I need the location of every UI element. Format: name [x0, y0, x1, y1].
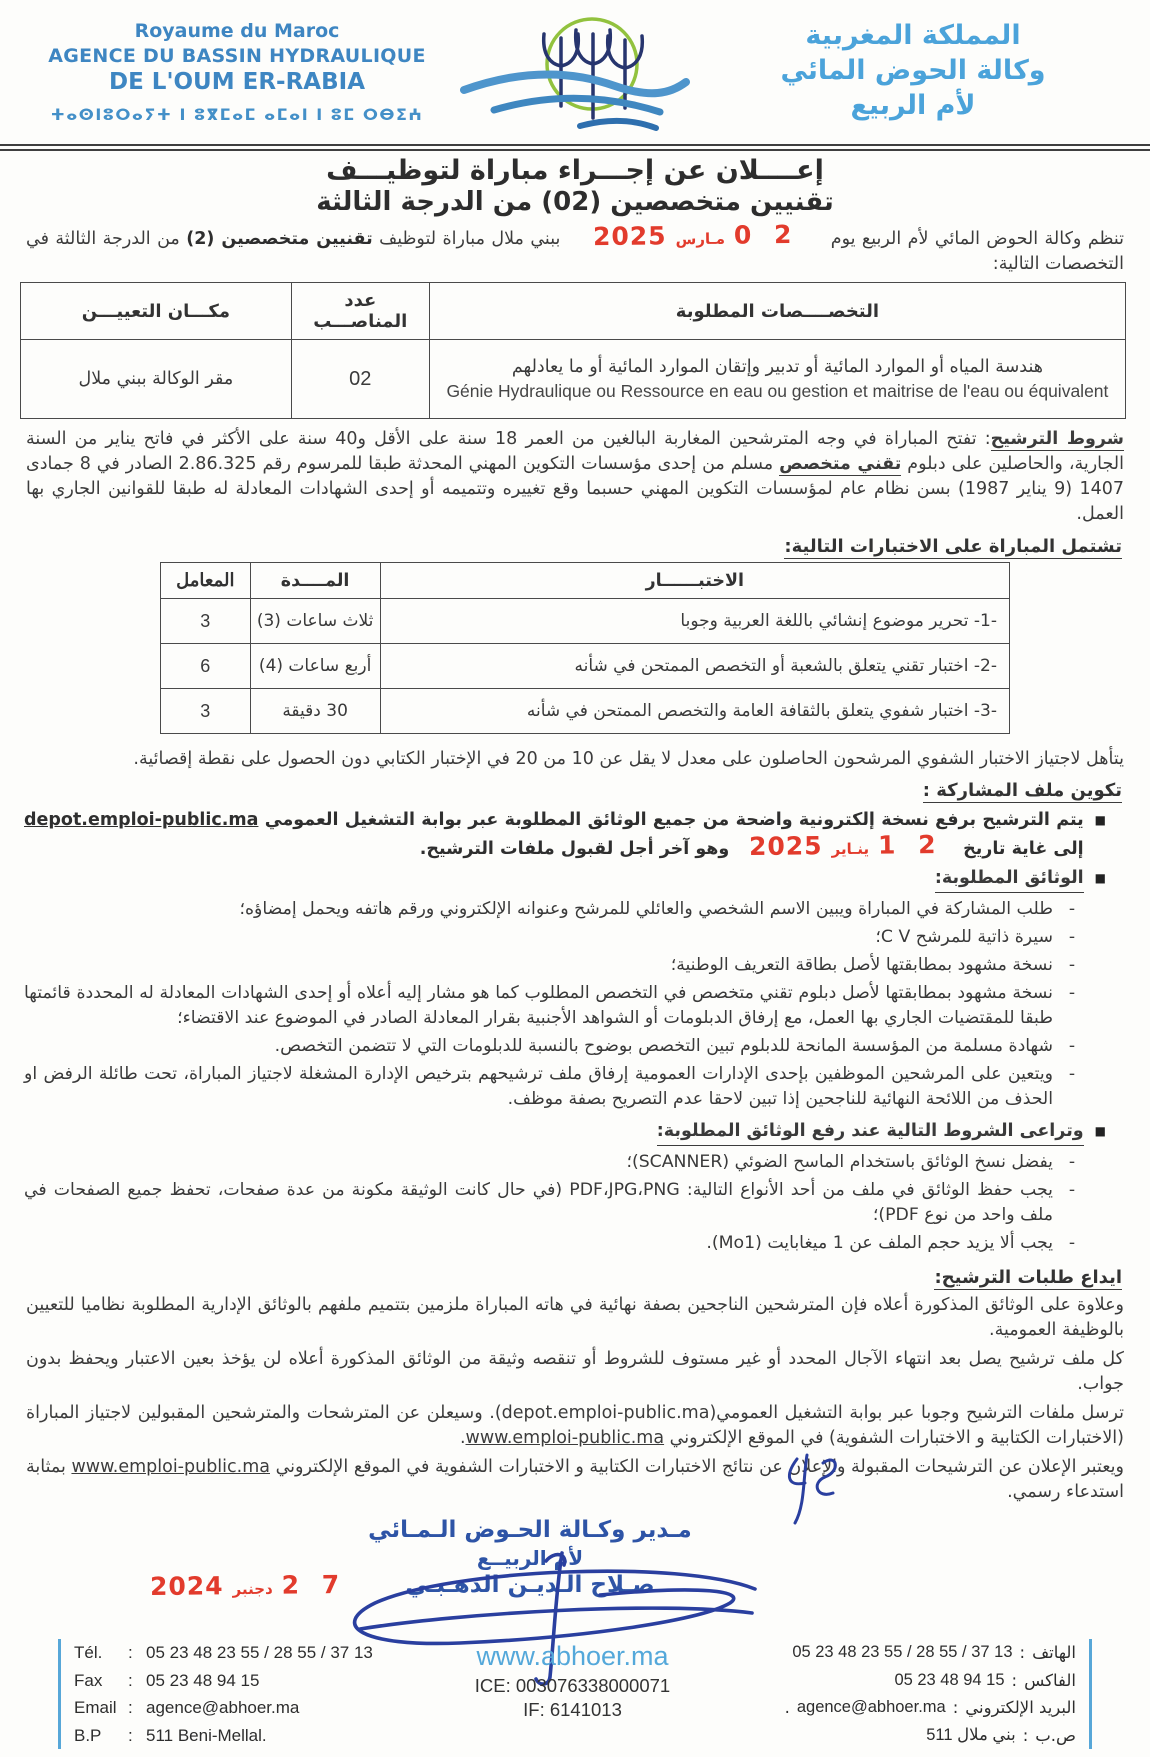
- stamp-day: 1 2: [878, 832, 943, 858]
- submission-text-2: إلى غاية تاريخ: [957, 839, 1084, 859]
- document-item: - نسخة مشهود بمطابقتها لأصل بطاقة التعري…: [24, 953, 1078, 978]
- spec-cell-location: مقر الوكالة ببني ملال: [21, 340, 292, 419]
- exam-coefficient: 6: [161, 644, 251, 689]
- document-item: - ويتعين على المرشحين الموظفين بإحدى الإ…: [24, 1062, 1078, 1112]
- date-stamp-january: 1 2 ينـاير 2025: [749, 832, 943, 863]
- results-website-link: www.emploi-public.ma: [466, 1428, 665, 1448]
- spec-table-header-location: مكـــان التعييـــن: [21, 283, 292, 340]
- agency-name-tifinagh: ⵜⴰⵙⵏⵓⵔⴰⵢⵜ ⵏ ⵓⴳⵎⴰⵎ ⴰⵎⴰⵏ ⵏ ⵓⵎ ⵔⴱⵉⵄ: [14, 105, 460, 124]
- letterhead-arabic-block: المملكة المغربية وكالة الحوض المائي لأم …: [690, 10, 1136, 123]
- upload-rules-heading-text: وتراعى الشروط التالية عند رفع الوثائق ال…: [657, 1119, 1084, 1146]
- stamp-year: 2024: [150, 1571, 224, 1601]
- specializations-table: التخصــــصات المطلوبة عدد المناصـــب مكـ…: [20, 282, 1126, 419]
- deposit-text-4a: ويعتبر الإعلان عن الترشيحات المقبولة وال…: [270, 1457, 1124, 1477]
- documents-list: - طلب المشاركة في المباراة ويبين الاسم ا…: [0, 893, 1150, 1112]
- submission-text-3: وهو آخر أجل لقبول ملفات الترشيح.: [420, 839, 730, 859]
- dash-marker: -: [1066, 1178, 1078, 1228]
- stamp-month: دجنبر: [233, 1580, 273, 1598]
- po-box-row: B.P : 511 Beni-Mellal.: [74, 1722, 429, 1750]
- announcement-title: إعــــلان عن إجـــراء مباراة لتوظيـــف ت…: [0, 155, 1150, 217]
- agency-logo: [460, 10, 690, 142]
- fax-row-ar: الفاكس : 05 23 48 94 15: [716, 1667, 1076, 1695]
- documents-heading: ■ الوثائق المطلوبة:: [0, 862, 1150, 893]
- bullet-square-icon: ■: [1095, 1119, 1106, 1146]
- email-label: Email: [74, 1694, 128, 1722]
- footer-contact-bar: Tél. : 05 23 48 23 55 / 28 55 / 37 13 Fa…: [0, 1639, 1150, 1749]
- fax-label: Fax: [74, 1667, 128, 1695]
- document-item-text: طلب المشاركة في المباراة ويبين الاسم الش…: [24, 897, 1053, 922]
- upload-rule-text: يفضل نسخ الوثائق باستخدام الماسح الضوئي …: [24, 1150, 1053, 1175]
- conditions-paragraph: شروط الترشيح: تفتح المباراة في وجه المتر…: [0, 427, 1150, 527]
- agency-name-ar-2: لأم الربيع: [690, 88, 1136, 123]
- qualification-note: يتأهل لاجتياز الاختبار الشفوي المرشحون ا…: [0, 747, 1150, 772]
- colon: :: [128, 1667, 146, 1695]
- exams-header-duration: المــــدة: [250, 563, 380, 599]
- agency-name-ar-1: وكالة الحوض المائي: [690, 53, 1136, 88]
- spec-cell-specialization: هندسة المياه أو الموارد المائية أو تدبير…: [429, 340, 1125, 419]
- submission-item: ■ يتم الترشيح برفع نسخة إلكترونية واضحة …: [0, 804, 1150, 862]
- exam-name: -3- اختبار شفوي يتعلق بالثقافة العامة وا…: [380, 689, 1009, 734]
- fax-row: Fax : 05 23 48 94 15: [74, 1667, 429, 1695]
- colon: :: [953, 1694, 959, 1722]
- submission-text-1: يتم الترشيح برفع نسخة إلكترونية واضحة من…: [258, 810, 1083, 830]
- director-title-line1: مـدير وكـالة الحـوض الـمـائي: [315, 1517, 745, 1543]
- exams-intro: تشتمل المباراة على الاختبارات التالية:: [0, 527, 1150, 562]
- agency-name-fr-1: AGENCE DU BASSIN HYDRAULIQUE: [14, 45, 460, 67]
- results-website-link: www.emploi-public.ma: [71, 1457, 270, 1477]
- colon: :: [1020, 1639, 1026, 1667]
- bullet-square-icon: ■: [1095, 808, 1106, 862]
- po-box-value-ar: 511 بني ملال: [926, 1722, 1015, 1750]
- exams-header-exam: الاختبــــــار: [380, 563, 1009, 599]
- exams-intro-text: تشتمل المباراة على الاختبارات التالية:: [784, 536, 1122, 559]
- upload-rule-item: - يفضل نسخ الوثائق باستخدام الماسح الضوئ…: [24, 1150, 1078, 1175]
- tel-value-ar: 05 23 48 23 55 / 28 55 / 37 13: [792, 1639, 1012, 1667]
- documents-heading-text: الوثائق المطلوبة:: [935, 866, 1084, 893]
- period: .: [785, 1694, 790, 1722]
- tel-label-ar: الهاتف: [1032, 1639, 1076, 1667]
- intro-text-2: ببني ملال مباراة لتوظيف: [379, 229, 560, 249]
- letterhead-french-block: Royaume du Maroc AGENCE DU BASSIN HYDRAU…: [14, 10, 460, 124]
- colon: :: [128, 1722, 146, 1750]
- dash-marker: -: [1066, 953, 1078, 978]
- exam-row: -3- اختبار شفوي يتعلق بالثقافة العامة وا…: [161, 689, 1010, 734]
- document-item: - طلب المشاركة في المباراة ويبين الاسم ا…: [24, 897, 1078, 922]
- document-item: - نسخة مشهود بمطابقتها لأصل دبلوم تقني م…: [24, 981, 1078, 1031]
- exam-duration: أربع ساعات (4): [250, 644, 380, 689]
- email-row-ar: البريد الإلكتروني : agence@abhoer.ma .: [716, 1694, 1076, 1722]
- upload-rule-item: - يجب ألا يزيد حجم الملف عن 1 ميغابايت (…: [24, 1231, 1078, 1256]
- exam-coefficient: 3: [161, 689, 251, 734]
- conditions-diploma-bold: تقني متخصص: [779, 454, 901, 476]
- handwritten-mark: [775, 1447, 845, 1532]
- phone-row-ar: الهاتف : 05 23 48 23 55 / 28 55 / 37 13: [716, 1639, 1076, 1667]
- posts-count: 02: [300, 368, 421, 391]
- dash-marker: -: [1066, 1231, 1078, 1256]
- stamp-month: مـارس: [675, 227, 725, 253]
- footer-french-contacts: Tél. : 05 23 48 23 55 / 28 55 / 37 13 Fa…: [58, 1639, 429, 1749]
- intro-text-1: تنظم وكالة الحوض المائي لأم الربيع يوم: [831, 229, 1124, 249]
- spec-cell-posts: 02: [291, 340, 429, 419]
- document-item-text: ويتعين على المرشحين الموظفين بإحدى الإدا…: [24, 1062, 1053, 1112]
- bullet-square-icon: ■: [1095, 866, 1106, 893]
- exam-name: -1- تحرير موضوع إنشائي باللغة العربية وج…: [380, 599, 1009, 644]
- colon: :: [1012, 1667, 1018, 1695]
- colon: :: [128, 1694, 146, 1722]
- kingdom-title-fr: Royaume du Maroc: [14, 20, 460, 42]
- document-item: - سيرة ذاتية للمرشح C V؛: [24, 925, 1078, 950]
- spec-table-header-posts: عدد المناصـــب: [291, 283, 429, 340]
- stamp-day: 0 2: [734, 222, 799, 248]
- footer-center-block: www.abhoer.ma ICE: 003076338000071 IF: 6…: [429, 1639, 716, 1721]
- ice-number: ICE: 003076338000071: [429, 1675, 716, 1697]
- colon: :: [128, 1639, 146, 1667]
- specialization-french: Génie Hydraulique ou Ressource en eau ou…: [438, 381, 1117, 402]
- assignment-location: مقر الوكالة ببني ملال: [29, 367, 283, 391]
- stamp-year: 2025: [749, 833, 823, 859]
- exams-table: الاختبــــــار المــــدة المعامل -1- تحر…: [160, 562, 1010, 734]
- tel-value: 05 23 48 23 55 / 28 55 / 37 13: [146, 1639, 373, 1667]
- dash-marker: -: [1066, 1034, 1078, 1059]
- spec-table-header-specialization: التخصــــصات المطلوبة: [429, 283, 1125, 340]
- deposit-paragraph-2: كل ملف ترشيح يصل بعد انتهاء الآجال المحد…: [0, 1347, 1150, 1397]
- fax-value-ar: 05 23 48 94 15: [894, 1667, 1004, 1695]
- document-item-text: شهادة مسلمة من المؤسسة المانحة للدبلوم ت…: [24, 1034, 1053, 1059]
- announcement-title-line1: إعــــلان عن إجـــراء مباراة لتوظيـــف: [0, 155, 1150, 186]
- portal-link-paren: (depot.emploi-public.ma): [495, 1403, 716, 1423]
- dash-marker: -: [1066, 925, 1078, 950]
- exam-duration: 30 دقيقة: [250, 689, 380, 734]
- participation-heading-text: تكوين ملف المشاركة :: [923, 780, 1122, 803]
- kingdom-title-ar: المملكة المغربية: [690, 18, 1136, 53]
- footer-arabic-contacts: الهاتف : 05 23 48 23 55 / 28 55 / 37 13 …: [716, 1639, 1092, 1749]
- if-number: IF: 6141013: [429, 1699, 716, 1721]
- deposit-paragraph-3: ترسل ملفات الترشيح وجوبا عبر بوابة التشغ…: [0, 1401, 1150, 1451]
- header-rule-top: [0, 144, 1150, 146]
- portal-link: depot.emploi-public.ma: [24, 810, 258, 830]
- document-item-text: نسخة مشهود بمطابقتها لأصل بطاقة التعريف …: [24, 953, 1053, 978]
- announcement-title-line2: تقنيين متخصصين (02) من الدرجة الثالثة: [0, 187, 1150, 217]
- stamp-year: 2025: [593, 223, 667, 249]
- fax-label-ar: الفاكس: [1024, 1667, 1076, 1695]
- exam-row: -2- اختبار تقني يتعلق بالشعبة أو التخصص …: [161, 644, 1010, 689]
- po-box-value: 511 Beni-Mellal.: [146, 1722, 267, 1750]
- exams-header-coefficient: المعامل: [161, 563, 251, 599]
- email-value: agence@abhoer.ma: [146, 1694, 299, 1722]
- fax-value: 05 23 48 94 15: [146, 1667, 259, 1695]
- agency-name-fr-2: DE L'OUM ER-RABIA: [14, 69, 460, 95]
- colon: :: [1023, 1722, 1029, 1750]
- dash-marker: -: [1066, 981, 1078, 1031]
- upload-rules-heading: ■ وتراعى الشروط التالية عند رفع الوثائق …: [0, 1115, 1150, 1146]
- document-item-text: نسخة مشهود بمطابقتها لأصل دبلوم تقني متخ…: [24, 981, 1053, 1031]
- exam-name: -2- اختبار تقني يتعلق بالشعبة أو التخصص …: [380, 644, 1009, 689]
- document-item-text: سيرة ذاتية للمرشح C V؛: [24, 925, 1053, 950]
- deposit-text-3a: ترسل ملفات الترشيح وجوبا عبر بوابة التشغ…: [716, 1403, 1124, 1423]
- conditions-label: شروط الترشيح: [991, 429, 1124, 451]
- phone-row: Tél. : 05 23 48 23 55 / 28 55 / 37 13: [74, 1639, 429, 1667]
- exam-coefficient: 3: [161, 599, 251, 644]
- intro-paragraph: تنظم وكالة الحوض المائي لأم الربيع يوم 0…: [0, 223, 1150, 277]
- upload-rules-list: - يفضل نسخ الوثائق باستخدام الماسح الضوئ…: [0, 1146, 1150, 1256]
- deposit-heading-text: ايداع طلبات الترشيح:: [934, 1267, 1122, 1290]
- upload-rule-item: - يجب حفظ الوثائق في ملف من أحد الأنواع …: [24, 1178, 1078, 1228]
- agency-logo-graphic: [460, 10, 690, 138]
- header-rule-bottom: [0, 149, 1150, 151]
- spec-table-row: هندسة المياه أو الموارد المائية أو تدبير…: [21, 340, 1126, 419]
- participation-heading: تكوين ملف المشاركة :: [0, 772, 1150, 804]
- deposit-paragraph-1: وعلاوة على الوثائق المذكورة أعلاه فإن ال…: [0, 1293, 1150, 1343]
- date-stamp-march: 0 2 مـارس 2025: [593, 222, 799, 253]
- exam-row: -1- تحرير موضوع إنشائي باللغة العربية وج…: [161, 599, 1010, 644]
- deposit-heading: ايداع طلبات الترشيح:: [0, 1259, 1150, 1291]
- dash-marker: -: [1066, 1062, 1078, 1112]
- email-value-ar: agence@abhoer.ma: [797, 1694, 946, 1722]
- agency-website-link: www.abhoer.ma: [429, 1641, 716, 1672]
- stamp-month: ينـاير: [832, 837, 870, 862]
- scanned-announcement-page: Royaume du Maroc AGENCE DU BASSIN HYDRAU…: [0, 0, 1150, 1757]
- upload-rule-text: يجب حفظ الوثائق في ملف من أحد الأنواع ال…: [24, 1178, 1053, 1228]
- exam-duration: ثلاث ساعات (3): [250, 599, 380, 644]
- submission-text: يتم الترشيح برفع نسخة إلكترونية واضحة من…: [24, 808, 1084, 862]
- dash-marker: -: [1066, 1150, 1078, 1175]
- document-item: - شهادة مسلمة من المؤسسة المانحة للدبلوم…: [24, 1034, 1078, 1059]
- po-box-label: B.P: [74, 1722, 128, 1750]
- email-row: Email : agence@abhoer.ma: [74, 1694, 429, 1722]
- intro-bold-posts: تقنيين متخصصين (2): [186, 229, 372, 249]
- letterhead: Royaume du Maroc AGENCE DU BASSIN HYDRAU…: [0, 0, 1150, 142]
- po-box-row-ar: ص.ب : 511 بني ملال: [716, 1722, 1076, 1750]
- deposit-paragraph-4: ويعتبر الإعلان عن الترشيحات المقبولة وال…: [0, 1455, 1150, 1505]
- email-label-ar: البريد الإلكتروني: [965, 1694, 1076, 1722]
- upload-rule-text: يجب ألا يزيد حجم الملف عن 1 ميغابايت (Mo…: [24, 1231, 1053, 1256]
- dash-marker: -: [1066, 897, 1078, 922]
- tel-label: Tél.: [74, 1639, 128, 1667]
- specialization-arabic: هندسة المياه أو الموارد المائية أو تدبير…: [438, 357, 1117, 377]
- po-box-label-ar: ص.ب: [1035, 1722, 1076, 1750]
